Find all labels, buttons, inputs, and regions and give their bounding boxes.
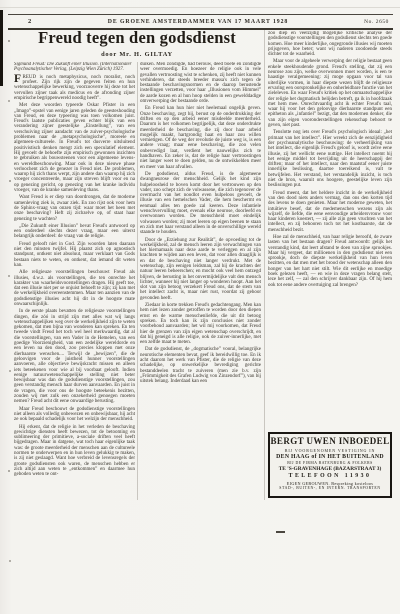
opening-paragraph: FREUD is noch metaphysicus, noch moralis… [14, 75, 135, 101]
scan-artifact-dots [8, 40, 10, 42]
advert-title: BERGT UWEN INBOEDEL [270, 437, 390, 446]
column-3-paragraphs: zoo diep en veelzijdig mogelijke kritisc… [268, 31, 392, 288]
article-paragraph: duiken. Men zondigde, had berouw, deed b… [140, 62, 261, 104]
advert-line: BIJ DE FIRMA BATENBURG & FOLKERS [270, 461, 390, 465]
advert-line: BIJ VOORGENOMEN VESTIGING IN [270, 448, 390, 453]
article-column-1: Sigmund Freud: Die Zukunft einer Illusio… [14, 62, 135, 492]
article-paragraph: Hoe zal de menschheid, van haar religie … [268, 235, 392, 288]
column-1-paragraphs: Met deze woorden typeerde Oskar Pfister … [14, 103, 135, 477]
article-paragraph: Hij erkent, dat de religie in het verled… [14, 425, 135, 478]
article-paragraph: Maar Freud beschouwt de godsdienstige vo… [14, 407, 135, 423]
article-title-block: Freud tegen den godsdienst door Mr. H. G… [12, 29, 262, 58]
article-column-2: duiken. Men zondigde, had berouw, deed b… [140, 62, 261, 502]
article-paragraph: Want Freud is er diep van doordrongen, d… [14, 195, 135, 221]
scan-artifact-bar [0, 10, 3, 86]
article-paragraph: In de eerste plaats bevatten de religieu… [14, 309, 135, 404]
column-rule [264, 30, 265, 500]
article-paragraph: Ziedaar in korte trekken Freud's gedacht… [140, 303, 261, 345]
article-paragraph: „Die Zukunft einer Illusion” bevat Freud… [14, 224, 135, 240]
paper-edge [0, 7, 400, 8]
article-paragraph: Met deze woorden typeerde Oskar Pfister … [14, 103, 135, 193]
newspaper-page: { "colors": { "paper": "#f5f4f0", "ink":… [0, 0, 400, 614]
article-title: Freud tegen den godsdienst [12, 29, 262, 47]
advert-phone: TELEFOON 11930 [270, 473, 390, 479]
issue-number: No. 2650 [364, 19, 393, 25]
article-paragraph: De godsdienst, aldus Freud, is de algeme… [140, 172, 261, 236]
article-paragraph: Alle religieuze voorstellingen beschouwt… [14, 270, 135, 307]
article-paragraph: Dat de godsdienst, de „dogmatische” voor… [140, 347, 261, 384]
article-paragraph: Door de „Erziehung zur Realität”, de opv… [140, 238, 261, 302]
article-paragraph: En Freud kan hun hier niet heelemaal ong… [140, 106, 261, 170]
article-paragraph: Maar voor de algeheele verwerping der re… [268, 59, 392, 128]
scan-artifact-dash [276, 531, 285, 533]
advert-line: DEN HAAG of IN HET BUITENLAND [270, 454, 390, 460]
advert-line: EIGEN GEBOUWEN. Bespreking kosteloos [270, 481, 390, 486]
masthead-title: DE GROENE AMSTERDAMMER VAN 17 MAART 1928 [108, 19, 288, 25]
article-paragraph: Freud meent, dat het heldere inzicht in … [268, 191, 392, 233]
opening-paragraph-text: REUD is noch metaphysicus, noch moralist… [14, 75, 135, 101]
column-2-paragraphs: duiken. Men zondigde, had berouw, deed b… [140, 62, 261, 385]
column-rule [137, 62, 138, 500]
advertisement-box: BERGT UWEN INBOEDEL BIJ VOORGENOMEN VEST… [268, 432, 392, 498]
page-number: 2 [8, 18, 32, 25]
article-paragraph: Tenslotte nog iets over Freud's psycholo… [268, 130, 392, 188]
book-citation: Sigmund Freud: Die Zukunft einer Illusio… [14, 62, 135, 73]
advert-line: STAD-, BUITEN-, EN INTERN. TRANSPORTEN [270, 486, 390, 490]
drop-cap: F [14, 75, 23, 85]
article-paragraph: zoo diep en veelzijdig mogelijke kritisc… [268, 31, 392, 57]
article-paragraph: Freud gelooft niet in God. Zijn woorden … [14, 242, 135, 268]
article-byline: door Mr. H. GILTAY [12, 51, 262, 58]
advert-line: TE 'S-GRAVENHAGE (BAZARSTRAAT 3) [270, 466, 390, 472]
article-column-3: zoo diep en veelzijdig mogelijke kritisc… [268, 31, 392, 429]
